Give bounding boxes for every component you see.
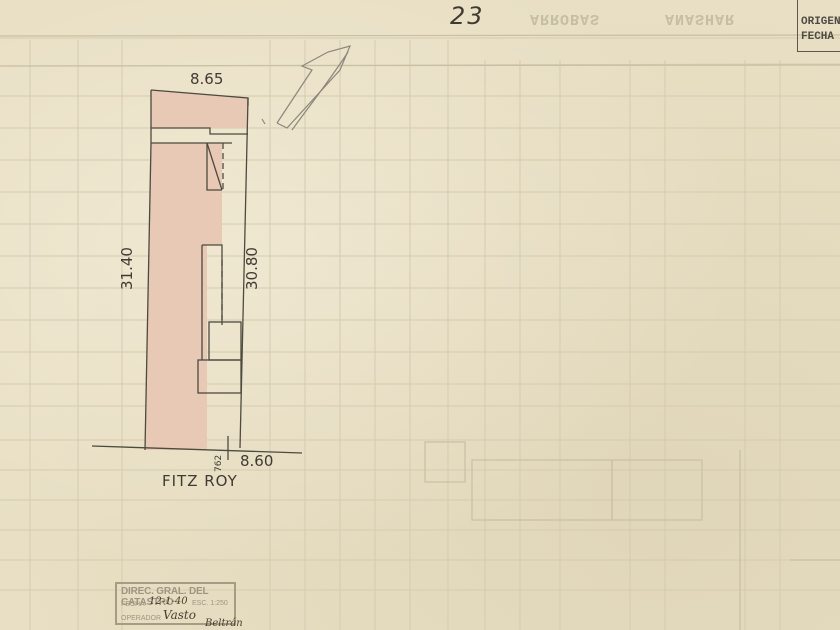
right-depth-dimension: 30.80 (243, 247, 261, 290)
street-number: 762 (214, 455, 224, 472)
street-frontage-dimension: 8.60 (240, 452, 273, 470)
signature: Beltrán (205, 618, 243, 629)
sheet-number: 23 (450, 2, 485, 30)
stamp-fecha-label: FECHA (801, 30, 840, 45)
origin-stamp: ORIGEN FECHA (797, 0, 840, 52)
street-name: FITZ ROY (162, 472, 238, 490)
fecha-label: FECHA (121, 601, 145, 608)
ledger-grid (0, 38, 840, 630)
plot-lot (145, 90, 248, 450)
column-header-1: ARROBAS (530, 10, 600, 27)
stamp-origen-label: ORIGEN (801, 15, 840, 30)
operador-label: OPERADOR (121, 615, 161, 622)
north-arrow-icon (262, 46, 350, 130)
front-width-dimension: 8.65 (190, 70, 223, 88)
operador-value: Vasto (163, 608, 196, 622)
plan-drawing (0, 0, 840, 630)
stamp-line-1 (801, 0, 840, 15)
column-header-2: ANASHAR (665, 10, 735, 27)
left-depth-dimension: 31.40 (118, 247, 136, 290)
fecha-value: 12-1-40 (149, 596, 188, 607)
scale-label: ESC. 1:250 (192, 600, 228, 607)
